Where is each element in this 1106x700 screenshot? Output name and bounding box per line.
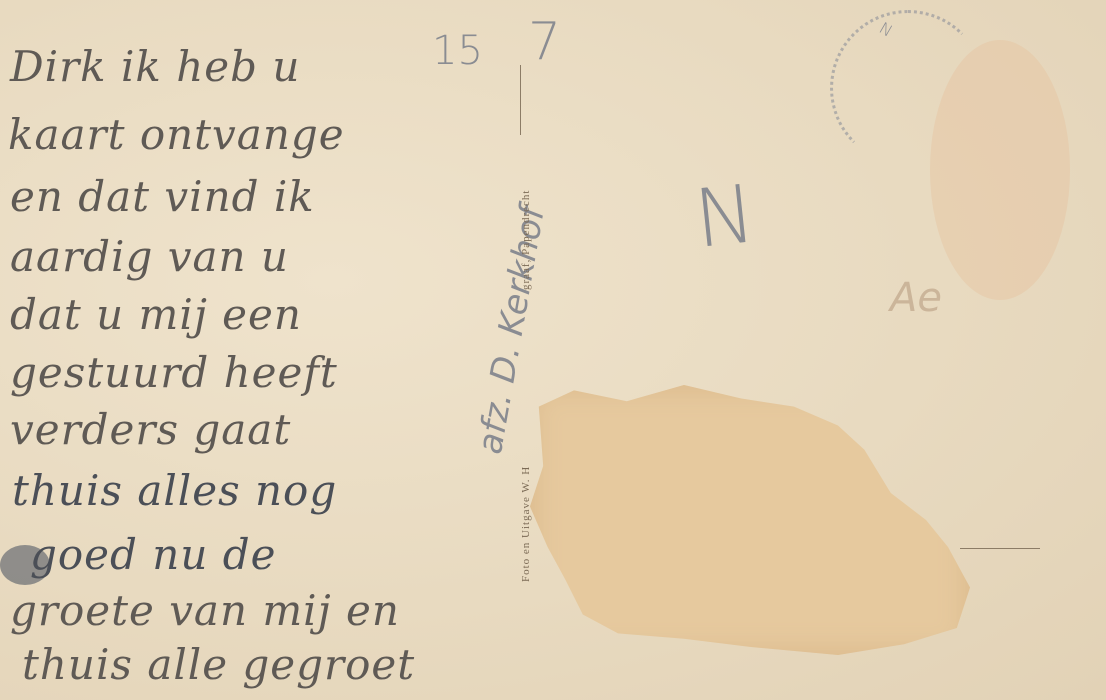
pencil-number-7: 7 (528, 12, 561, 72)
handwriting-line-4: aardig van u (10, 232, 289, 281)
handwriting-line-3: en dat vind ik (10, 172, 315, 221)
pencil-number-15: 15 (432, 28, 483, 74)
handwriting-line-6: gestuurd heeft (10, 348, 338, 397)
handwriting-line-11: thuis alle gegroet (22, 640, 415, 689)
postmark-stamp (830, 10, 986, 166)
postcard-back: N Dirk ik heb u kaart ontvange en dat vi… (0, 0, 1106, 700)
handwriting-line-8: thuis alles nog (12, 466, 337, 515)
handwriting-line-2: kaart ontvange (8, 110, 345, 159)
handwriting-line-1: Dirk ik heb u (10, 42, 300, 91)
handwriting-line-7: verders gaat (10, 405, 291, 454)
pencil-letter-n: N (690, 167, 759, 266)
publisher-imprint-right: graaf, Papendrecht (520, 190, 532, 290)
handwriting-line-5: dat u mij een (10, 290, 302, 339)
handwriting-line-10: groete van mij en (10, 586, 400, 635)
torn-paper-area (530, 385, 970, 655)
address-line (960, 548, 1040, 549)
address-fragment: Ae (890, 275, 942, 321)
handwriting-line-9: goed nu de (30, 530, 276, 579)
divider-line-top (520, 65, 521, 135)
publisher-imprint-left: Foto en Uitgave W. H (520, 466, 532, 582)
